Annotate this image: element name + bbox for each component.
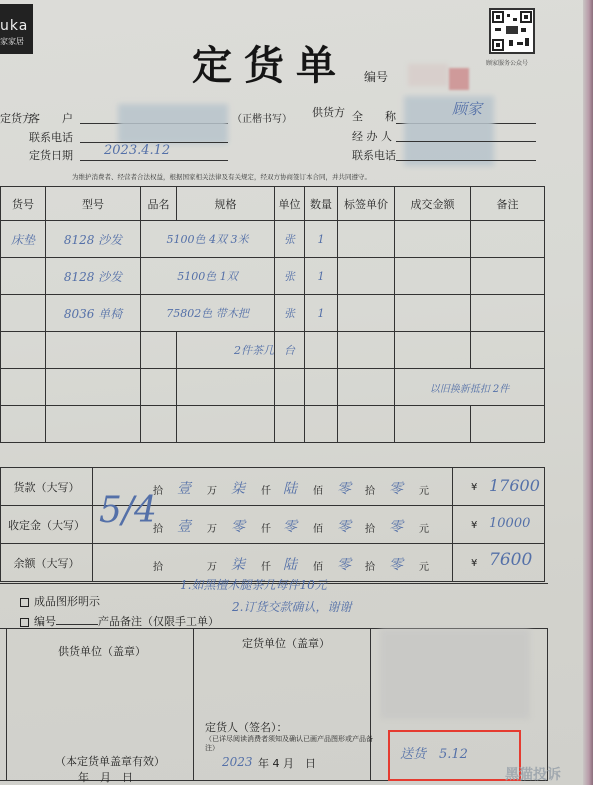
col-tag-price: 标签单价 [338,187,395,221]
product-options: 成品图形明示 编号产品备注（仅限手工单） 1.如黑檀木腿茶几每件10元 2.订货… [0,583,548,629]
supplier-phone-label: 联系电话 [352,147,396,163]
col-remark: 备注 [471,187,545,221]
customer-hint: （正楷书写） [232,110,292,125]
side-note: 5/4 [99,490,157,531]
balance-amount-numeric: 7600 [489,550,532,570]
goods-amount-numeric: 17600 [489,476,540,495]
form-title: 定货单 [192,34,348,91]
watermark: 黑猫投诉 [505,764,561,784]
serial-label: 编号 [364,68,388,85]
remark-label: 产品备注（仅限手工单） [98,615,219,628]
brand-logo: uka 家家居 [0,4,33,54]
amounts-table: 货款（大写） 拾 壹 万 柒 仟 陆 佰 零 拾 零 元 ¥ 17600 收定金… [0,467,545,582]
handler-field [396,128,536,142]
remark-line-1: 1.如黑檀木腿茶几每件10元 [180,576,327,593]
amount-row-deposit: 收定金（大写） 5/4 拾 壹 万 零 仟 零 佰 零 拾 零 元 ¥ 1000… [1,506,545,544]
col-unit: 单位 [275,187,305,221]
supplier-phone-field [396,147,536,161]
table-row: 8128 沙发 5100色 1双 张 1 [1,258,545,295]
supplier-seal-label: 供货单位（盖章） [58,643,146,659]
table-row: 以旧换新抵扣 2件 [1,369,545,406]
col-model: 型号 [46,187,141,221]
col-name: 品名 [141,187,177,221]
col-qty: 数量 [305,187,338,221]
buyer-date-year: 2023 [222,755,253,769]
buyer-sign-label: 定货人（签名）： [205,719,288,735]
number-checkbox[interactable] [20,618,29,627]
items-table: 货号 型号 品名 规格 单位 数量 标签单价 成交金额 备注 床垫 8128 沙… [0,186,545,443]
buyer-date-rest: 年 4 月 日 [258,755,316,771]
supplier-section-label: 供货方 [312,104,345,120]
qr-caption: 顾家服务公众号 [486,58,528,67]
buyer-seal-label: 定货单位（盖章） [242,635,330,651]
order-date-label: 定货日期 [29,147,73,163]
qr-code-icon [489,8,535,54]
buyer-phone-label: 联系电话 [29,129,73,145]
amount-row-goods: 货款（大写） 拾 壹 万 柒 仟 陆 佰 零 拾 零 元 ¥ 17600 [1,468,545,506]
table-row: 8036 单椅 75802色 带木把 张 1 [1,295,545,332]
handler-label: 经 办 人 [352,128,392,144]
number-field [56,624,98,625]
highlight-box [388,730,521,781]
table-row: 床垫 8128 沙发 5100色 4双 3米 张 1 [1,221,545,258]
col-amount: 成交金额 [395,187,471,221]
stamp-redacted [380,629,530,719]
table-header-row: 货号 型号 品名 规格 单位 数量 标签单价 成交金额 备注 [1,187,545,221]
supplier-date: 年 月 日 [78,769,133,785]
col-item-no: 货号 [1,187,46,221]
buyer-sign-note: （已详尽阅读消费者须知及确认已画产品图形或产品备注） [205,735,375,753]
background-edge [583,0,593,785]
customer-label: 客 户 [29,110,73,126]
supplier-name-value: 顾家 [452,98,482,119]
order-form-photo: uka 家家居 定货单 编号 顾家服务公众号 定货方 客 户 （正楷书写） 联系… [0,0,593,785]
remark-line-2: 2.订货交款确认，谢谢 [232,598,351,615]
legal-notice: 为维护消费者、经营者合法权益，根据国家相关法律及有关规定，经双方协商签订本合同，… [72,172,371,181]
supplier-name-label: 全 称 [352,108,396,124]
number-label: 编号 [34,615,56,628]
order-date-value: 2023.4.12 [104,143,170,158]
serial-redacted-red [449,68,469,90]
table-row: 2件茶几 台 [1,332,545,369]
col-spec: 规格 [177,187,275,221]
graphic-label: 成品图形明示 [34,595,100,608]
serial-redacted [408,64,448,86]
supplier-valid-note: （本定货单盖章有效） [55,753,165,769]
buyer-phone-field [80,129,228,143]
graphic-checkbox[interactable] [20,598,29,607]
table-row [1,406,545,443]
deposit-amount-numeric: 10000 [489,516,530,531]
